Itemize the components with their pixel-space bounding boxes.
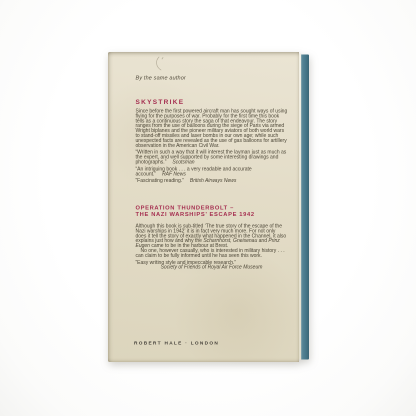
- text-segment: and: [257, 238, 268, 244]
- review-quote-text: “Written in such a way that it will inte…: [136, 150, 287, 165]
- book-spine-edge: [301, 55, 309, 360]
- review-quote-source: Scotsman: [172, 159, 194, 165]
- review-quote: “Written in such a way that it will inte…: [136, 150, 288, 165]
- review-quote-source: Society of Friends of Royal Air Force Mu…: [136, 265, 288, 270]
- review-quote-text: “Fascinating reading.”: [136, 178, 184, 184]
- thunderbolt-section: Although this book is sub-titled ‘The tr…: [136, 224, 288, 270]
- review-quote-source: RAF News: [162, 171, 186, 177]
- publisher-imprint: ROBERT HALE · LONDON: [134, 341, 219, 347]
- book-inner: By the same author SKYSTRIKE Since befor…: [108, 52, 309, 362]
- thunderbolt-paragraph-2: No one, however casually, who is interes…: [136, 248, 288, 258]
- book: By the same author SKYSTRIKE Since befor…: [108, 52, 309, 362]
- thunderbolt-title-line2: THE NAZI WARSHIPS’ ESCAPE 1942: [136, 211, 255, 217]
- review-quote-text: “An intriguing book . . . a very readabl…: [136, 166, 252, 176]
- review-quote: “An intriguing book . . . a very readabl…: [136, 167, 288, 177]
- book-back-cover: By the same author SKYSTRIKE Since befor…: [108, 52, 299, 362]
- photo-background: By the same author SKYSTRIKE Since befor…: [0, 0, 416, 416]
- thunderbolt-paragraph-1: Although this book is sub-titled ‘The tr…: [136, 224, 288, 248]
- skystrike-blurb: Since before the first powered aircraft …: [136, 109, 288, 148]
- section-title-skystrike: SKYSTRIKE: [136, 98, 185, 106]
- skystrike-section: Since before the first powered aircraft …: [136, 109, 288, 184]
- review-quote: “Fascinating reading.”British Airways Ne…: [136, 179, 288, 184]
- scratch-mark: [150, 54, 173, 74]
- section-title-thunderbolt: OPERATION THUNDERBOLT – THE NAZI WARSHIP…: [136, 205, 255, 218]
- author-note: By the same author: [136, 75, 186, 81]
- review-quote-source: British Airways News: [190, 178, 236, 184]
